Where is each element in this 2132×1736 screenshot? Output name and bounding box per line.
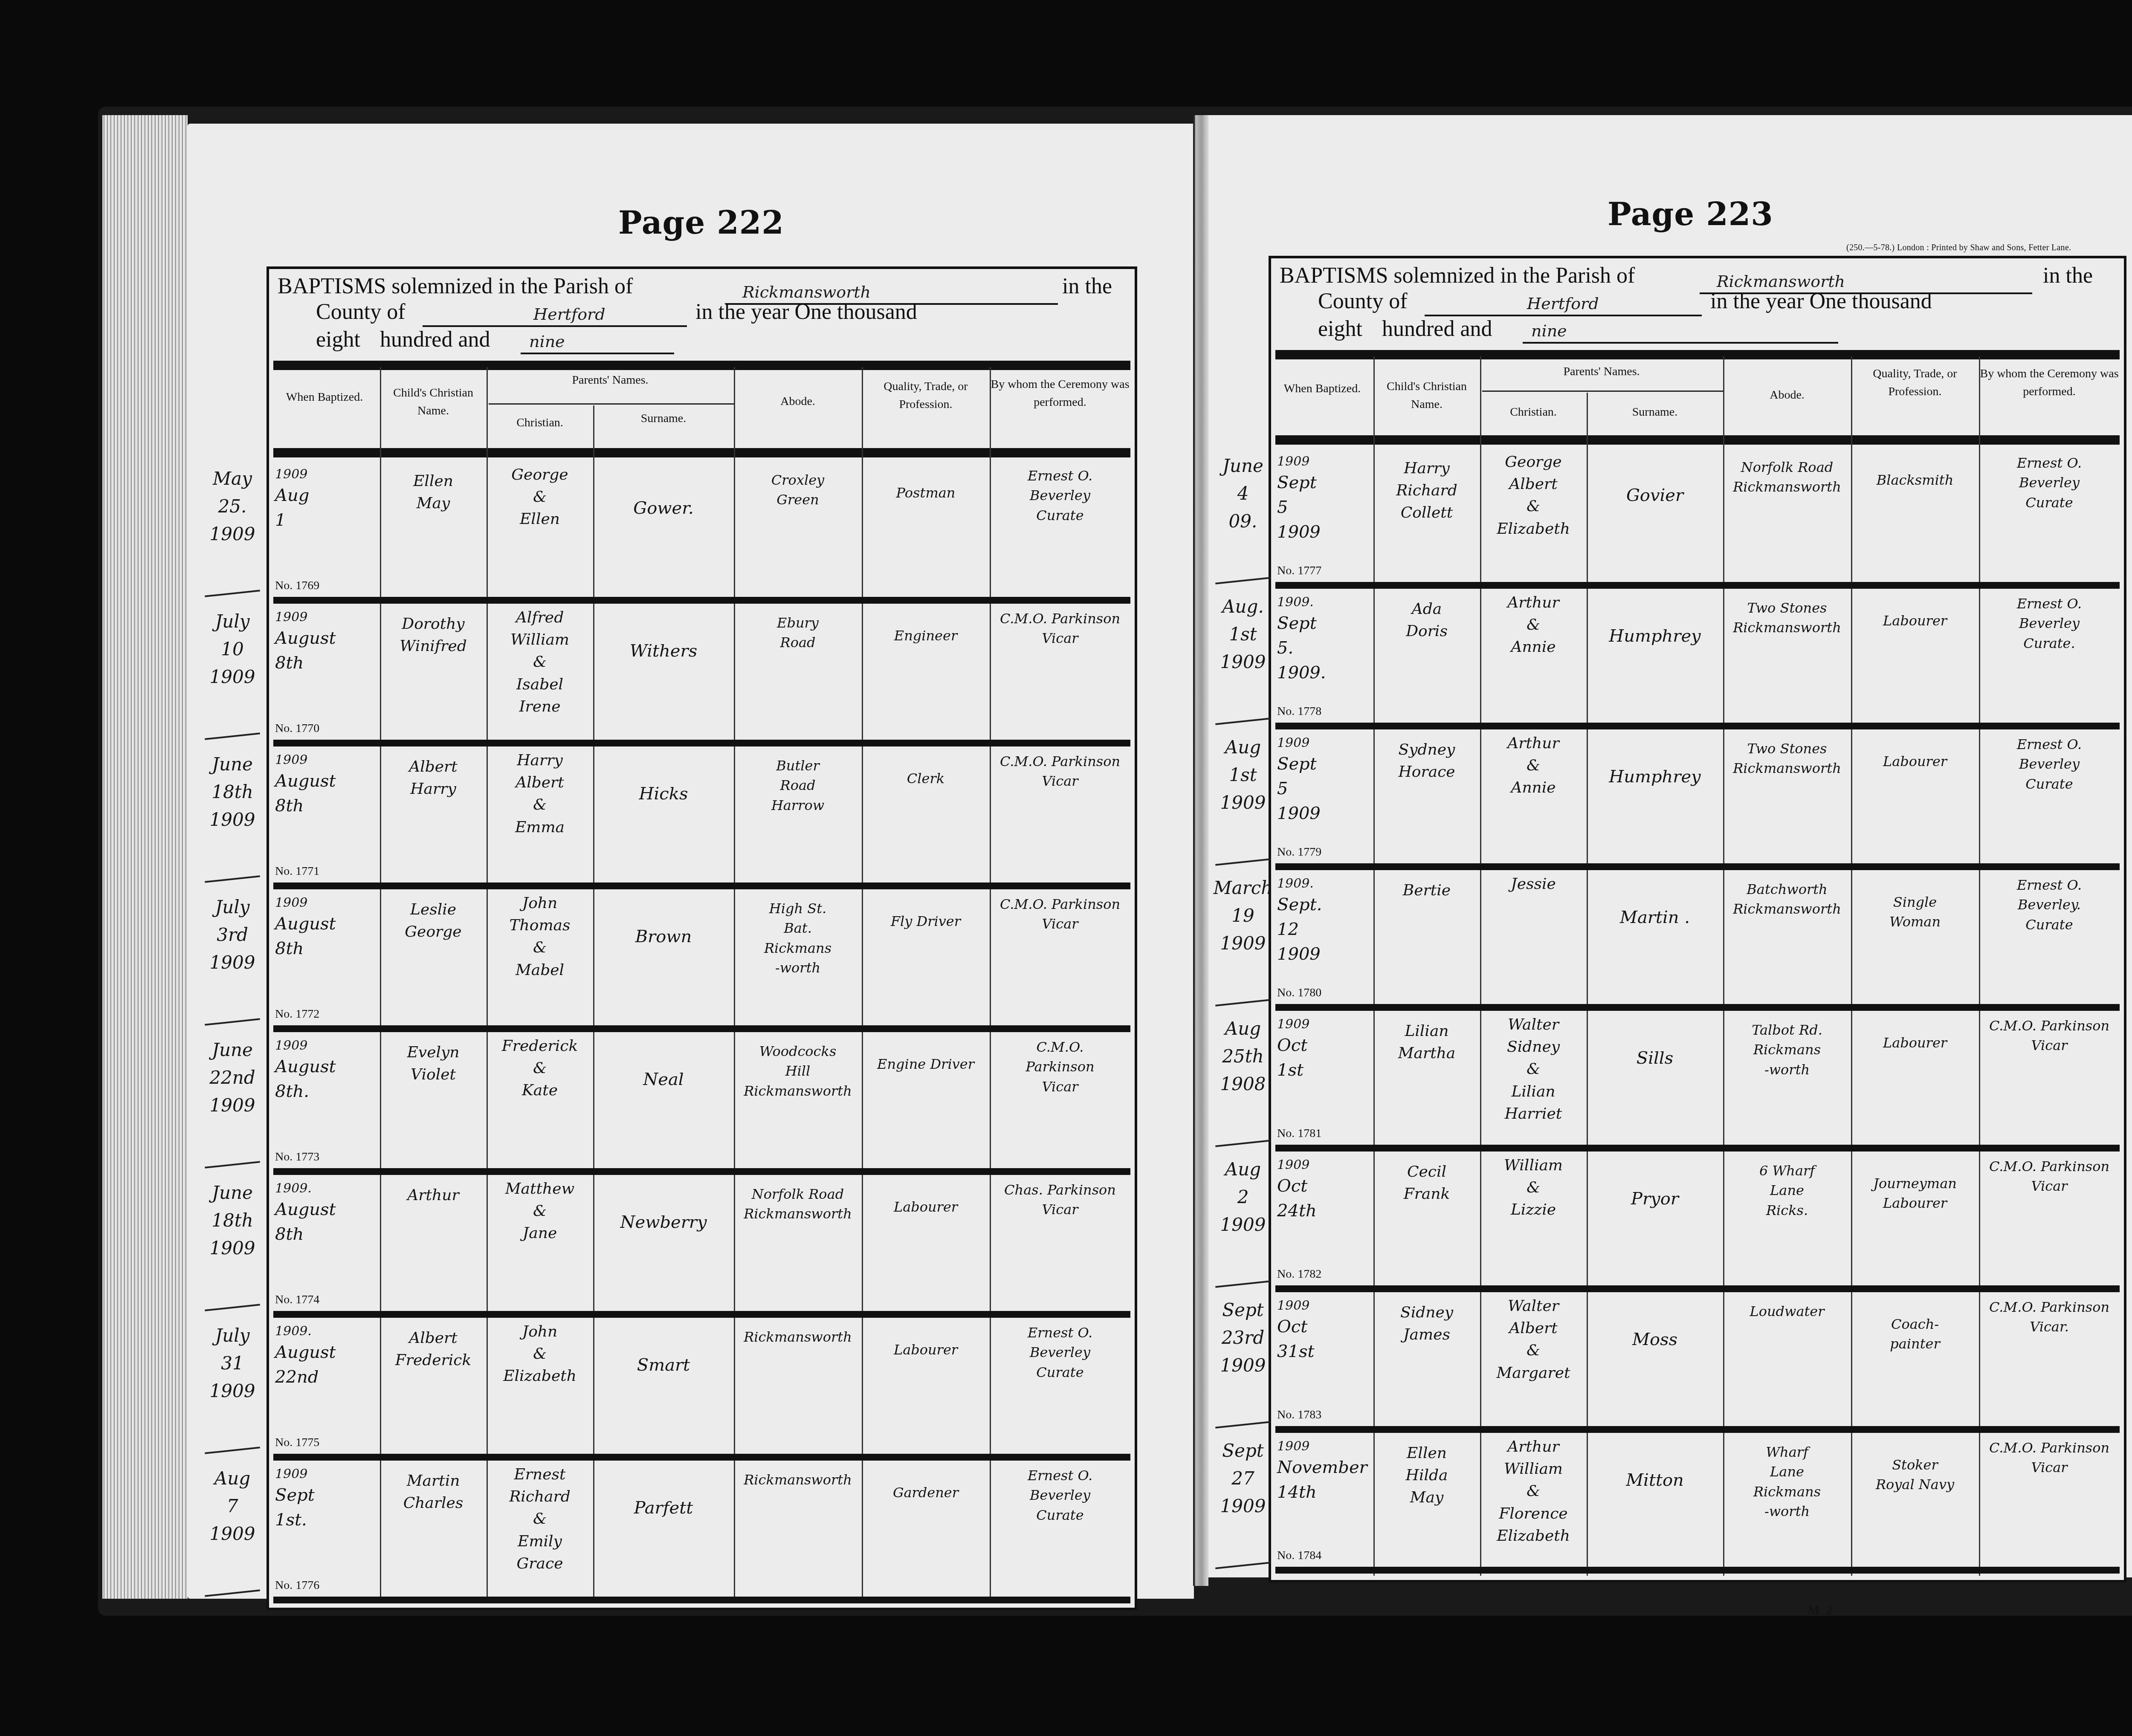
margin-birth-date: Aug 7 1909 (200, 1464, 264, 1548)
margin-birth-date: March 19 1909 (1211, 874, 1275, 957)
county-value: Hertford (1527, 294, 1599, 313)
entry-year: 1909 (275, 751, 307, 770)
parents-surname: Gower. (593, 496, 734, 521)
parents-surname: Withers (593, 639, 734, 663)
entry-year: 1909. (275, 1322, 312, 1341)
col-when: When Baptized. (269, 388, 380, 406)
parents-christian: John & Elizabeth (487, 1321, 593, 1388)
parents-christian: George Albert & Elizabeth (1480, 451, 1587, 540)
entry-year: 1909 (1277, 734, 1309, 752)
officiant: Ernest O. Beverley Curate (990, 1466, 1130, 1525)
officiant: C.M.O. Parkinson Vicar (990, 609, 1130, 648)
child-name: Sydney Horace (1373, 739, 1480, 783)
trade: Fly Driver (862, 911, 990, 931)
margin-birth-date: Aug 25th 1908 (1211, 1015, 1275, 1098)
parents-surname: Sills (1587, 1046, 1723, 1071)
when-baptized: Oct 1st (1277, 1033, 1371, 1082)
parents-christian: George & Ellen (487, 464, 593, 531)
child-name: Albert Frederick (380, 1327, 487, 1371)
trade: Clerk (862, 769, 990, 788)
parents-surname: Parfett (593, 1496, 734, 1520)
header-rule (273, 361, 1130, 370)
entry-number: No. 1780 (1277, 986, 1321, 1000)
margin-birth-date: May 25. 1909 (200, 465, 264, 548)
header-line2-prefix: County of (316, 301, 405, 323)
trade: Gardener (862, 1483, 990, 1502)
child-name: Bertie (1373, 880, 1480, 902)
trade: Blacksmith (1851, 470, 1979, 490)
when-baptized: Sept 5. 1909. (1277, 611, 1371, 685)
when-baptized: August 8th (275, 769, 377, 818)
trade: Labourer (862, 1197, 990, 1217)
trade: Journeyman Labourer (1851, 1174, 1979, 1213)
parents-surname: Humphrey (1587, 624, 1723, 648)
entry-number: No. 1779 (1277, 845, 1321, 859)
col-abode: Abode. (734, 393, 862, 411)
margin-birth-date: Sept 23rd 1909 (1211, 1296, 1275, 1379)
margin-birth-date: July 10 1909 (200, 608, 264, 691)
abode: High St. Bat. Rickmans -worth (734, 899, 862, 978)
table-row: 1909Oct 1stLilian MarthaWalter Sidney & … (1271, 1007, 2124, 1148)
abode: Norfolk Road Rickmansworth (734, 1184, 862, 1224)
parish-value: Rickmansworth (742, 283, 871, 301)
table-row: 1909Sept 1st.Martin CharlesErnest Richar… (269, 1457, 1135, 1600)
child-name: Ellen Hilda May (1373, 1442, 1480, 1509)
child-name: Ellen May (380, 470, 487, 515)
parish-value: Rickmansworth (1717, 272, 1845, 291)
table-row: 1909August 8th.Evelyn VioletFrederick & … (269, 1029, 1135, 1172)
column-header-rule (273, 448, 1130, 457)
header-line2-suffix: in the year One thousand (695, 301, 917, 323)
trade: Labourer (862, 1340, 990, 1360)
entry-number: No. 1783 (1277, 1408, 1321, 1422)
when-baptized: August 8th. (275, 1054, 377, 1104)
table-row: 1909Sept 5 1909Harry Richard CollettGeor… (1271, 445, 2124, 585)
parents-rule (1482, 391, 1723, 392)
entry-number: No. 1773 (275, 1150, 319, 1164)
entry-year: 1909 (1277, 1015, 1309, 1034)
book-gutter (1193, 115, 1208, 1586)
parents-surname: Mitton (1587, 1468, 1723, 1493)
parents-surname: Pryor (1587, 1186, 1723, 1211)
parents-surname: Newberry (593, 1210, 734, 1235)
parents-christian: Jessie (1480, 873, 1587, 895)
register-form-left: BAPTISMS solemnized in the Parish of Ric… (266, 266, 1137, 1610)
trade: Single Woman (1851, 892, 1979, 932)
parents-surname: Smart (593, 1353, 734, 1377)
col-child: Child's Christian Name. (1373, 378, 1480, 414)
entry-year: 1909. (1277, 593, 1314, 612)
entry-number: No. 1777 (1277, 564, 1321, 578)
abode: Rickmansworth (734, 1327, 862, 1347)
officiant: C.M.O. Parkinson Vicar (990, 1037, 1130, 1097)
when-baptized: Sept. 12 1909 (1277, 892, 1371, 966)
header-line3-prefix: eight (316, 329, 360, 351)
register-form-right: BAPTISMS solemnized in the Parish of Ric… (1269, 256, 2126, 1583)
parents-christian: William & Lizzie (1480, 1154, 1587, 1221)
printer-imprint: (250.—5-78.) London : Printed by Shaw an… (1846, 243, 2071, 253)
header-rule (1275, 350, 2120, 359)
table-row: 1909.Sept. 12 1909BertieJessieMartin .Ba… (1271, 867, 2124, 1007)
child-name: Lilian Martha (1373, 1020, 1480, 1065)
officiant: C.M.O. Parkinson Vicar. (1979, 1297, 2120, 1337)
table-row: 1909.Sept 5. 1909.Ada DorisArthur & Anni… (1271, 585, 2124, 726)
table-row: 1909August 8thAlbert HarryHarry Albert &… (269, 743, 1135, 886)
officiant: Ernest O. Beverley Curate. (1979, 594, 2120, 653)
parents-christian: John Thomas & Mabel (487, 892, 593, 981)
child-name: Evelyn Violet (380, 1042, 487, 1086)
header-line3-mid: hundred and (1382, 318, 1492, 340)
parents-surname: Govier (1587, 483, 1723, 508)
entry-number: No. 1784 (1277, 1549, 1321, 1562)
officiant: C.M.O. Parkinson Vicar (1979, 1016, 2120, 1056)
table-row: 1909August 8thLeslie GeorgeJohn Thomas &… (269, 886, 1135, 1029)
col-trade: Quality, Trade, or Profession. (1851, 365, 1979, 401)
parents-christian: Ernest Richard & Emily Grace (487, 1464, 593, 1575)
header-line1-prefix: BAPTISMS solemnized in the Parish of (278, 275, 633, 298)
table-row: 1909.August 8thArthurMatthew & JaneNewbe… (269, 1172, 1135, 1314)
parents-surname: Neal (593, 1067, 734, 1092)
officiant: Chas. Parkinson Vicar (990, 1180, 1130, 1220)
col-parents-surname: Surname. (1587, 403, 1723, 421)
col-abode: Abode. (1723, 386, 1851, 404)
trade: Engine Driver (862, 1054, 990, 1074)
abode: Two Stones Rickmansworth (1723, 598, 1851, 638)
margin-birth-date: Aug 2 1909 (1211, 1155, 1275, 1238)
child-name: Sidney James (1373, 1302, 1480, 1346)
entry-year: 1909 (1277, 1437, 1309, 1456)
officiant: Ernest O. Beverley Curate (990, 466, 1130, 525)
officiant: Ernest O. Beverley Curate (990, 1323, 1130, 1382)
entry-year: 1909 (275, 608, 307, 627)
parents-christian: Matthew & Jane (487, 1178, 593, 1245)
parents-surname: Hicks (593, 781, 734, 806)
abode: Loudwater (1723, 1302, 1851, 1321)
parents-christian: Walter Sidney & Lilian Harriet (1480, 1014, 1587, 1125)
col-parents: Parents' Names. (1480, 363, 1723, 381)
table-row: 1909Oct 24thCecil FrankWilliam & LizzieP… (1271, 1148, 2124, 1289)
abode: Ebury Road (734, 613, 862, 653)
child-name: Arthur (380, 1184, 487, 1207)
entry-year: 1909 (275, 894, 307, 912)
officiant: Ernest O. Beverley Curate (1979, 735, 2120, 794)
col-parents: Parents' Names. (487, 371, 734, 389)
county-field: Hertford (1425, 288, 1702, 316)
trade: Engineer (862, 626, 990, 645)
page-stack-left (102, 115, 188, 1599)
when-baptized: August 8th (275, 911, 377, 961)
abode: Talbot Rd. Rickmans -worth (1723, 1020, 1851, 1079)
trade: Coach- painter (1851, 1314, 1979, 1354)
when-baptized: Sept 5 1909 (1277, 752, 1371, 826)
child-name: Ada Doris (1373, 598, 1480, 642)
parents-christian: Harry Albert & Emma (487, 749, 593, 839)
header-line1-prefix: BAPTISMS solemnized in the Parish of (1280, 265, 1635, 287)
page-title-right: Page 223 (1608, 196, 1773, 233)
page-title-left: Page 222 (618, 205, 784, 241)
table-row: 1909November 14thEllen Hilda MayArthur W… (1271, 1429, 2124, 1570)
trade: Stoker Royal Navy (1851, 1455, 1979, 1495)
entry-number: No. 1776 (275, 1579, 319, 1592)
trade: Postman (862, 483, 990, 503)
year-words-value: nine (529, 332, 565, 351)
margin-birth-date: July 31 1909 (200, 1322, 264, 1405)
col-when: When Baptized. (1271, 380, 1373, 398)
trade: Labourer (1851, 752, 1979, 771)
table-row: 1909Oct 31stSidney JamesWalter Albert & … (1271, 1289, 2124, 1429)
abode: Batchworth Rickmansworth (1723, 880, 1851, 919)
entry-number: No. 1775 (275, 1436, 319, 1450)
abode: Rickmansworth (734, 1470, 862, 1490)
entry-number: No. 1770 (275, 722, 319, 735)
table-row: 1909August 8thDorothy WinifredAlfred Wil… (269, 600, 1135, 743)
margin-birth-date: June 4 09. (1211, 452, 1275, 535)
county-field: Hertford (423, 299, 687, 327)
margin-birth-date: Aug. 1st 1909 (1211, 593, 1275, 676)
col-by-whom: By whom the Ceremony was performed. (1979, 365, 2120, 401)
column-header-rule (1275, 435, 2120, 445)
table-row: 1909Sept 5 1909Sydney HoraceArthur & Ann… (1271, 726, 2124, 867)
parents-surname: Martin . (1587, 905, 1723, 930)
officiant: C.M.O. Parkinson Vicar (1979, 1157, 2120, 1196)
header-line1-suffix: in the (2043, 265, 2093, 287)
when-baptized: August 8th (275, 626, 377, 675)
parents-rule (489, 403, 734, 405)
child-name: Martin Charles (380, 1470, 487, 1514)
parents-christian: Arthur & Annie (1480, 732, 1587, 799)
margin-birth-date: June 18th 1909 (200, 1179, 264, 1262)
header-line2-suffix: in the year One thousand (1710, 290, 1932, 312)
entry-year: 1909 (275, 1465, 307, 1484)
county-value: Hertford (533, 305, 605, 324)
entry-year: 1909 (1277, 1296, 1309, 1315)
officiant: C.M.O. Parkinson Vicar (1979, 1438, 2120, 1478)
parents-christian: Walter Albert & Margaret (1480, 1295, 1587, 1384)
when-baptized: Aug 1 (275, 483, 377, 532)
entry-number: No. 1769 (275, 579, 319, 593)
child-name: Harry Richard Collett (1373, 457, 1480, 524)
parents-christian: Arthur William & Florence Elizabeth (1480, 1436, 1587, 1547)
entry-number: No. 1781 (1277, 1127, 1321, 1140)
officiant: Ernest O. Beverley. Curate (1979, 875, 2120, 935)
parents-christian: Frederick & Kate (487, 1035, 593, 1102)
year-words-field: nine (521, 329, 674, 354)
parents-surname: Humphrey (1587, 764, 1723, 789)
margin-birth-date: Sept 27 1909 (1211, 1437, 1275, 1520)
signature-mark: M 2 (1808, 1603, 1834, 1617)
child-name: Dorothy Winifred (380, 613, 487, 657)
entry-year: 1909 (275, 465, 307, 484)
row-divider (1275, 1567, 2120, 1574)
parents-christian: Arthur & Annie (1480, 592, 1587, 659)
col-child: Child's Christian Name. (380, 384, 487, 420)
table-row: 1909Aug 1Ellen MayGeorge & EllenGower.Cr… (269, 457, 1135, 600)
col-by-whom: By whom the Ceremony was performed. (990, 376, 1130, 411)
child-name: Cecil Frank (1373, 1161, 1480, 1205)
margin-birth-date: June 18th 1909 (200, 750, 264, 833)
officiant: C.M.O. Parkinson Vicar (990, 752, 1130, 791)
margin-birth-date: Aug 1st 1909 (1211, 733, 1275, 816)
table-row: 1909.August 22ndAlbert FrederickJohn & E… (269, 1314, 1135, 1457)
entry-number: No. 1772 (275, 1007, 319, 1021)
when-baptized: Sept 5 1909 (1277, 470, 1371, 544)
entry-year: 1909 (1277, 452, 1309, 471)
child-name: Leslie George (380, 899, 487, 943)
officiant: C.M.O. Parkinson Vicar (990, 894, 1130, 934)
entry-year: 1909 (1277, 1156, 1309, 1175)
when-baptized: Oct 31st (1277, 1314, 1371, 1364)
entry-number: No. 1774 (275, 1293, 319, 1307)
margin-birth-date: July 3rd 1909 (200, 893, 264, 976)
trade: Labourer (1851, 611, 1979, 631)
abode: Norfolk Road Rickmansworth (1723, 457, 1851, 497)
col-parents-surname: Surname. (593, 410, 734, 428)
abode: Two Stones Rickmansworth (1723, 739, 1851, 778)
parents-surname: Moss (1587, 1327, 1723, 1352)
header-line3-prefix: eight (1318, 318, 1362, 340)
parents-christian: Alfred William & Isabel Irene (487, 607, 593, 718)
year-words-value: nine (1531, 321, 1567, 340)
margin-birth-date: June 22nd 1909 (200, 1036, 264, 1119)
header-line2-prefix: County of (1318, 290, 1407, 312)
child-name: Albert Harry (380, 756, 487, 800)
parents-surname: Brown (593, 924, 734, 949)
abode: Butler Road Harrow (734, 756, 862, 815)
entry-year: 1909. (1277, 874, 1314, 893)
row-divider (273, 1597, 1130, 1603)
trade: Labourer (1851, 1033, 1979, 1053)
col-parents-christian: Christian. (487, 414, 593, 432)
when-baptized: Sept 1st. (275, 1483, 377, 1532)
col-parents-christian: Christian. (1480, 403, 1587, 421)
abode: Wharf Lane Rickmans -worth (1723, 1442, 1851, 1522)
entry-number: No. 1778 (1277, 705, 1321, 718)
entry-number: No. 1782 (1277, 1267, 1321, 1281)
when-baptized: August 8th (275, 1197, 377, 1247)
abode: Croxley Green (734, 470, 862, 510)
col-trade: Quality, Trade, or Profession. (862, 378, 990, 414)
year-words-field: nine (1523, 318, 1838, 344)
when-baptized: November 14th (1277, 1455, 1371, 1505)
when-baptized: August 22nd (275, 1340, 377, 1389)
officiant: Ernest O. Beverley Curate (1979, 453, 2120, 512)
abode: Woodcocks Hill Rickmansworth (734, 1042, 862, 1101)
when-baptized: Oct 24th (1277, 1174, 1371, 1223)
abode: 6 Wharf Lane Ricks. (1723, 1161, 1851, 1220)
header-line3-mid: hundred and (380, 329, 490, 351)
header-line1-suffix: in the (1062, 275, 1112, 298)
entry-year: 1909. (275, 1179, 312, 1198)
entry-number: No. 1771 (275, 865, 319, 878)
entry-year: 1909 (275, 1036, 307, 1055)
